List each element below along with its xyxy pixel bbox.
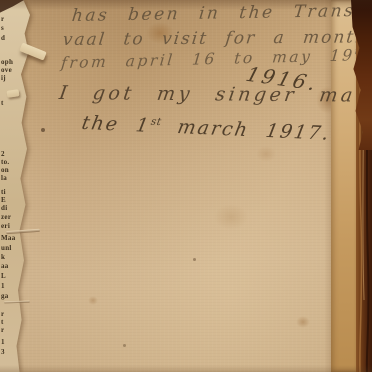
stain [296,316,310,328]
ink-speck [193,258,196,261]
printed-text-fragment: ga [1,293,9,300]
printed-text-fragment: la [1,175,7,182]
printed-text-fragment: 1 [1,339,5,346]
handwriting-line-4: I got my singer machin [58,82,372,107]
printed-text-fragment: t [1,319,4,326]
old-book-page-photo: has been in the Trans vaal to visit for … [0,0,372,372]
printed-text-fragment: aa [1,263,9,270]
printed-text-fragment: s [1,25,4,32]
printed-text-fragment: Maa [1,235,16,242]
printed-text-fragment: E [1,197,6,204]
printed-text-fragment: zer [1,214,11,221]
printed-text-fragment: eri [1,223,10,230]
handwriting-text: from april 16 to may 19 [60,46,355,72]
printed-text-fragment: 3 [1,349,5,356]
stain [88,296,98,305]
torn-printed-strip: rsdophoveijt2to.onlatiEdizereriMaaunlkaa… [0,0,30,372]
printed-text-fragment: to. [1,159,9,166]
printed-text-fragment: ti [1,189,6,196]
handwriting-text: I got my singer machin [58,82,372,107]
printed-text-fragment: di [1,205,7,212]
handwriting-text: march 1917. [159,115,333,144]
printed-text-fragment: k [1,254,5,261]
printed-text-fragment: r [1,16,4,23]
printed-text-fragment: L [1,273,6,280]
printed-text-fragment: 2 [1,151,5,158]
handwriting-text: the 1 [80,112,152,137]
handwriting-line-3: from april 16 to may 19t [60,46,359,72]
ink-speck [41,128,45,132]
printed-text-fragment: on [1,167,9,174]
bottom-edge-shadow [0,365,372,372]
handwriting-line-5: the 1st march 1917. [80,112,332,145]
torn-printed-strip-text: rsdophoveijt2to.onlatiEdizereriMaaunlkaa… [0,0,30,372]
stain [256,146,276,162]
printed-text-fragment: 1 [1,283,5,290]
printed-text-fragment: oph [1,59,13,66]
handwriting-text: has been in the Trans [71,1,356,26]
printed-text-fragment: d [1,35,5,42]
ink-speck [123,344,126,347]
stain [214,204,248,230]
handwriting-line-1: has been in the Trans [71,1,356,26]
printed-text-fragment: unl [1,245,12,252]
torn-printed-strip-paper: rsdophoveijt2to.onlatiEdizereriMaaunlkaa… [0,0,30,372]
printed-text-fragment: ove [1,67,12,74]
printed-text-fragment: r [1,311,4,318]
printed-text-fragment: ij [1,75,6,82]
printed-text-fragment: t [1,100,4,107]
printed-text-fragment: r [1,327,4,334]
